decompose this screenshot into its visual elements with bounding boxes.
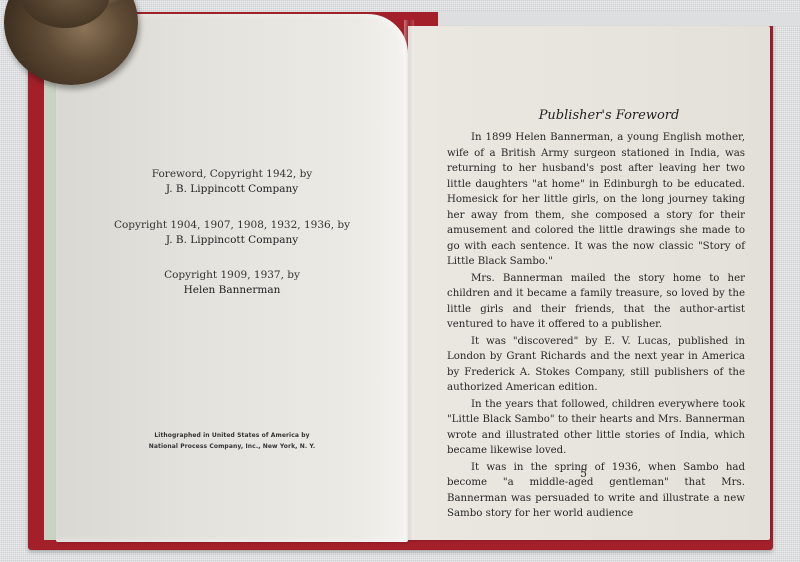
paragraph: In the years that followed, children eve… bbox=[447, 397, 745, 459]
copyright-holder: J. B. Lippincott Company bbox=[56, 233, 408, 248]
paragraph: In 1899 Helen Bannerman, a young English… bbox=[447, 130, 745, 270]
copyright-line: Foreword, Copyright 1942, by bbox=[56, 167, 408, 182]
copyright-block-1: Foreword, Copyright 1942, by J. B. Lippi… bbox=[56, 167, 408, 197]
paragraph: Mrs. Bannerman mailed the story home to … bbox=[447, 271, 745, 333]
copyright-line: Copyright 1904, 1907, 1908, 1932, 1936, … bbox=[56, 218, 408, 233]
copyright-holder: J. B. Lippincott Company bbox=[56, 182, 408, 197]
foreword-body: In 1899 Helen Bannerman, a young English… bbox=[447, 130, 745, 522]
paragraph: It was in the spring of 1936, when Sambo… bbox=[447, 460, 745, 522]
copyright-line: Copyright 1909, 1937, by bbox=[56, 268, 408, 283]
page-number: 5 bbox=[580, 467, 587, 480]
copyright-holder: Helen Bannerman bbox=[56, 283, 408, 298]
lithograph-note: Lithographed in United States of America… bbox=[56, 430, 408, 452]
page-title: Publisher's Foreword bbox=[430, 108, 788, 123]
copyright-block-3: Copyright 1909, 1937, by Helen Bannerman bbox=[56, 268, 408, 298]
copyright-block-2: Copyright 1904, 1907, 1908, 1932, 1936, … bbox=[56, 218, 408, 248]
paragraph: It was "discovered" by E. V. Lucas, publ… bbox=[447, 334, 745, 396]
